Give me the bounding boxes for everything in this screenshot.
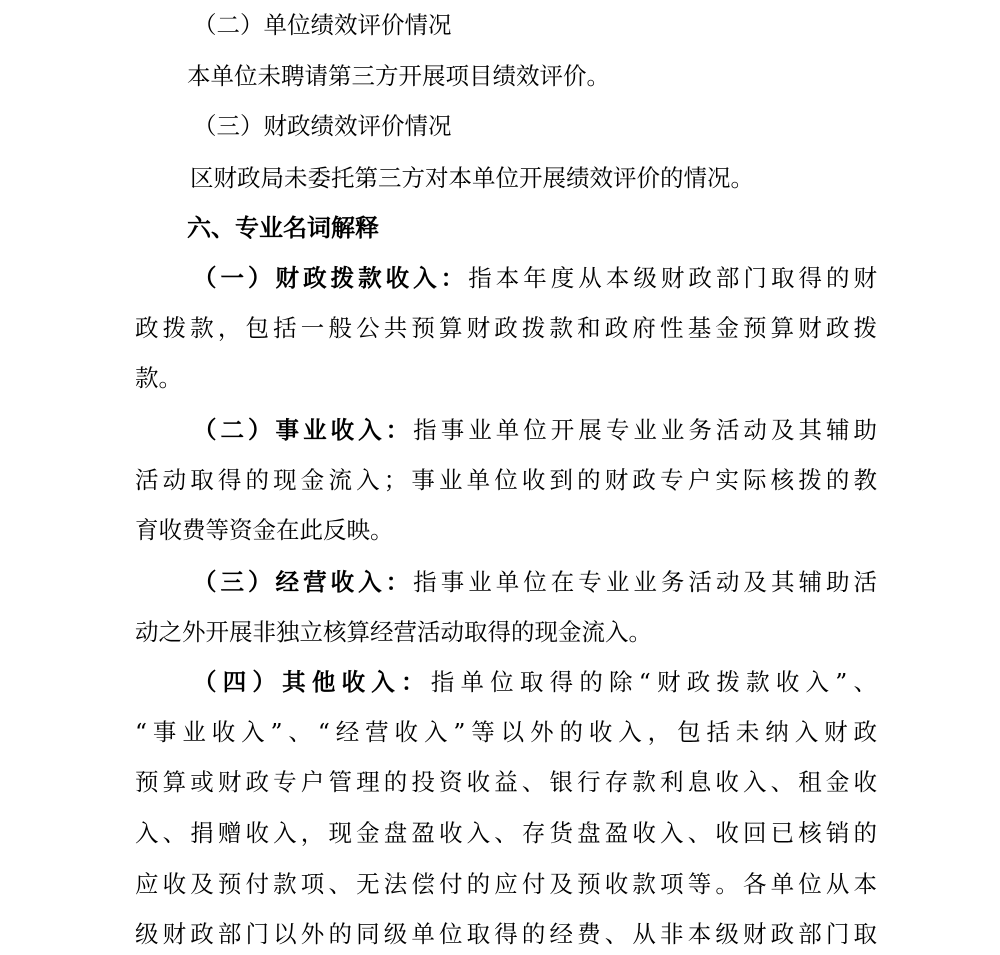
heading-text: 六、专业名词解释 <box>187 214 379 242</box>
definition-text: 预算或财政专户管理的投资收益、银行存款利息收入、租金收 <box>135 768 877 796</box>
heading-text: （二）单位绩效评价情况 <box>193 11 452 39</box>
heading-text: （三）财政绩效评价情况 <box>193 112 452 140</box>
definition-text: 活动取得的现金流入；事业单位收到的财政专户实际核拨的教 <box>135 466 877 494</box>
term-item-other-income: （四）其他收入：指单位取得的除“财政拨款收入”、 <box>193 665 877 699</box>
term-definition-line: 级财政部门以外的同级单位取得的经费、从非本级财政部门取 <box>135 917 877 951</box>
term-definition-line: 入、捐赠收入，现金盘盈收入、存货盘盈收入、收回已核销的 <box>135 816 877 850</box>
definition-text: 育收费等资金在此反映。 <box>135 516 394 544</box>
term-definition: 指本年度从本级财政部门取得的财 <box>468 264 877 292</box>
paragraph-unit-performance: 本单位未聘请第三方开展项目绩效评价。 <box>187 59 610 93</box>
definition-text: 动之外开展非独立核算经营活动取得的现金流入。 <box>135 618 652 646</box>
term-definition-line: 动之外开展非独立核算经营活动取得的现金流入。 <box>135 615 652 649</box>
term-definition-line: 款。 <box>135 361 182 395</box>
term-definition-line: “事业收入”、“经营收入”等以外的收入，包括未纳入财政 <box>135 715 877 749</box>
term-item-operating-income: （三）经营收入：指事业单位在专业业务活动及其辅助活 <box>193 565 877 599</box>
definition-text: 政拨款，包括一般公共预算财政拨款和政府性基金预算财政拨 <box>135 314 877 342</box>
term-item-fiscal-appropriation: （一）财政拨款收入：指本年度从本级财政部门取得的财 <box>193 261 877 295</box>
term-definition-line: 预算或财政专户管理的投资收益、银行存款利息收入、租金收 <box>135 765 877 799</box>
term-definition: 指单位取得的除“财政拨款收入”、 <box>431 668 877 696</box>
term-definition: 指事业单位在专业业务活动及其辅助活 <box>413 568 877 596</box>
section-heading-fiscal-performance: （三）财政绩效评价情况 <box>193 109 452 143</box>
term-label: （一）财政拨款收入： <box>193 264 468 292</box>
section-heading-unit-performance: （二）单位绩效评价情况 <box>193 8 452 42</box>
term-label: （四）其他收入： <box>193 668 431 696</box>
term-definition: 指事业单位开展专业业务活动及其辅助 <box>413 416 877 444</box>
term-definition-line: 育收费等资金在此反映。 <box>135 513 394 547</box>
term-label: （二）事业收入： <box>193 416 413 444</box>
term-definition-line: 政拨款，包括一般公共预算财政拨款和政府性基金预算财政拨 <box>135 311 877 345</box>
definition-text: 级财政部门以外的同级单位取得的经费、从非本级财政部门取 <box>135 920 877 948</box>
paragraph-text: 区财政局未委托第三方对本单位开展绩效评价的情况。 <box>190 164 754 192</box>
definition-text: “事业收入”、“经营收入”等以外的收入，包括未纳入财政 <box>135 718 877 746</box>
paragraph-text: 本单位未聘请第三方开展项目绩效评价。 <box>187 62 610 90</box>
section-heading-terminology: 六、专业名词解释 <box>187 211 379 245</box>
paragraph-fiscal-performance: 区财政局未委托第三方对本单位开展绩效评价的情况。 <box>190 161 754 195</box>
term-label: （三）经营收入： <box>193 568 413 596</box>
term-definition-line: 应收及预付款项、无法偿付的应付及预收款项等。各单位从本 <box>135 867 877 901</box>
term-item-business-income: （二）事业收入：指事业单位开展专业业务活动及其辅助 <box>193 413 877 447</box>
term-definition-line: 活动取得的现金流入；事业单位收到的财政专户实际核拨的教 <box>135 463 877 497</box>
definition-text: 款。 <box>135 364 182 392</box>
definition-text: 入、捐赠收入，现金盘盈收入、存货盘盈收入、收回已核销的 <box>135 819 877 847</box>
definition-text: 应收及预付款项、无法偿付的应付及预收款项等。各单位从本 <box>135 870 877 898</box>
